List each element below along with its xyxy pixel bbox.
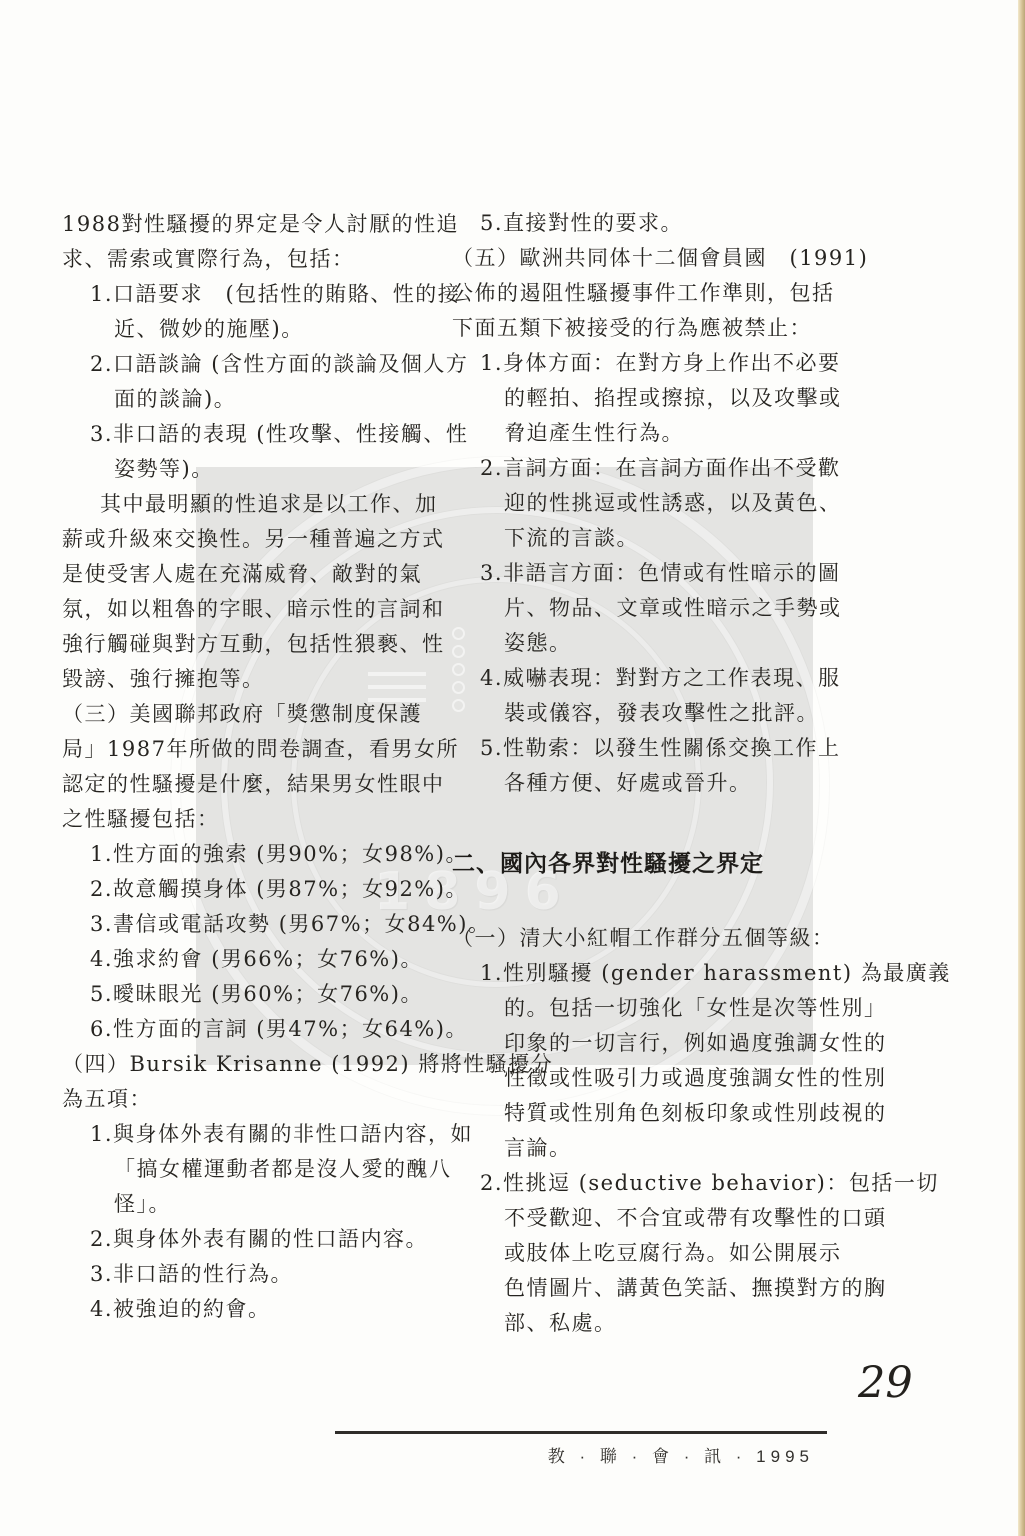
scanned-document-page: 1896 1988對性騷擾的界定是令人討厭的性追求、需索或實際行為，包括：1.口… (0, 0, 1025, 1536)
text-line: 近、微妙的施壓)。 (62, 312, 454, 347)
text-line: 脅迫產生性行為。 (452, 416, 852, 451)
text-line: 2.故意觸摸身体 (男87%；女92%)。 (62, 872, 454, 907)
text-line: 2.口語談論 (含性方面的談論及個人方 (62, 347, 454, 382)
text-line: 1.與身体外表有關的非性口語内容，如 (62, 1117, 454, 1152)
text-line: 薪或升級來交換性。另一種普遍之方式 (62, 522, 454, 557)
text-line: 認定的性騷擾是什麼，結果男女性眼中 (62, 767, 454, 802)
text-line: 2.與身体外表有關的性口語内容。 (62, 1222, 454, 1257)
text-line: 下流的言談。 (452, 521, 852, 556)
text-line: 1.身体方面：在對方身上作出不必要 (452, 346, 852, 381)
text-line: 怪」。 (62, 1187, 454, 1222)
text-line: 印象的一切言行，例如過度強調女性的 (452, 1026, 852, 1061)
text-line: （四）Bursik Krisanne (1992) 將將性騷擾分 (62, 1047, 454, 1082)
text-line: 下面五類下被接受的行為應被禁止： (452, 311, 852, 346)
text-line: 4.威嚇表現：對對方之工作表現、服 (452, 661, 852, 696)
text-line: 3.非口語的性行為。 (62, 1257, 454, 1292)
text-line: 3.非語言方面：色情或有性暗示的圖 (452, 556, 852, 591)
text-line: 2.性挑逗 (seductive behavior)：包括一切 (452, 1166, 852, 1201)
text-line: 4.強求約會 (男66%；女76%)。 (62, 942, 454, 977)
text-line: 各種方便、好處或晉升。 (452, 766, 852, 801)
text-line: 之性騷擾包括： (62, 802, 454, 837)
text-line: 毀謗、強行擁抱等。 (62, 662, 454, 697)
left-text-column: 1988對性騷擾的界定是令人討厭的性追求、需索或實際行為，包括：1.口語要求 (… (62, 207, 454, 1327)
page-number: 29 (858, 1358, 918, 1408)
text-line: 不受歡迎、不合宜或帶有攻擊性的口頭 (452, 1201, 852, 1236)
text-line: 的。包括一切強化「女性是次等性別」 (452, 991, 852, 1026)
text-line: 面的談論)。 (62, 382, 454, 417)
text-line: 求、需索或實際行為，包括： (62, 242, 454, 277)
text-line: 4.被強迫的約會。 (62, 1292, 454, 1327)
text-line: 5.曖昧眼光 (男60%；女76%)。 (62, 977, 454, 1012)
text-line: 特質或性別角色刻板印象或性別歧視的 (452, 1096, 852, 1131)
text-line: 強行觸碰與對方互動，包括性猥褻、性 (62, 627, 454, 662)
text-line: 氛，如以粗魯的字眼、暗示性的言詞和 (62, 592, 454, 627)
footer-journal-title: 教 · 聯 · 會 · 訊 · 1995 (452, 1442, 814, 1467)
scanned-page-edge (1018, 0, 1025, 1536)
text-line: 公佈的遏阻性騷擾事件工作準則，包括 (452, 276, 852, 311)
right-text-column: 5.直接對性的要求。（五）歐洲共同体十二個會員國 (1991)公佈的遏阻性騷擾事… (452, 206, 852, 1341)
section-heading: 二、國內各界對性騷擾之界定 (452, 846, 852, 881)
text-line: 迎的性挑逗或性誘惑，以及黃色、 (452, 486, 852, 521)
footer-rule (335, 1431, 827, 1434)
text-line: 1.口語要求 (包括性的賄賂、性的接 (62, 277, 454, 312)
text-line: 局」1987年所做的問卷調查，看男女所 (62, 732, 454, 767)
text-line: 片、物品、文章或性暗示之手勢或 (452, 591, 852, 626)
text-line: 或肢体上吃豆腐行為。如公開展示 (452, 1236, 852, 1271)
text-line: 3.書信或電話攻勢 (男67%；女84%)。 (62, 907, 454, 942)
text-line: 姿態。 (452, 626, 852, 661)
text-line: 1988對性騷擾的界定是令人討厭的性追 (62, 207, 454, 242)
text-line: （三）美國聯邦政府「獎懲制度保護 (62, 697, 454, 732)
text-line: 色情圖片、講黃色笑話、撫摸對方的胸 (452, 1271, 852, 1306)
text-line: 性徵或性吸引力或過度強調女性的性別 (452, 1061, 852, 1096)
text-line: 5.直接對性的要求。 (452, 206, 852, 241)
text-line: 裝或儀容，發表攻擊性之批評。 (452, 696, 852, 731)
text-line: 1.性方面的強索 (男90%；女98%)。 (62, 837, 454, 872)
text-line: 3.非口語的表現 (性攻擊、性接觸、性 (62, 417, 454, 452)
text-line: 是使受害人處在充滿威脅、敵對的氣 (62, 557, 454, 592)
text-line: 的輕拍、掐捏或擦掠，以及攻擊或 (452, 381, 852, 416)
text-line: 其中最明顯的性追求是以工作、加 (62, 487, 454, 522)
text-line: 6.性方面的言詞 (男47%；女64%)。 (62, 1012, 454, 1047)
text-line: 1.性別騷擾 (gender harassment) 為最廣義 (452, 956, 852, 991)
text-line: （五）歐洲共同体十二個會員國 (1991) (452, 241, 852, 276)
text-line: 言論。 (452, 1131, 852, 1166)
text-line: 為五項： (62, 1082, 454, 1117)
text-line: 2.言詞方面：在言詞方面作出不受歡 (452, 451, 852, 486)
text-line: 姿勢等)。 (62, 452, 454, 487)
text-line: 5.性勒索：以發生性關係交換工作上 (452, 731, 852, 766)
text-line: 「搞女權運動者都是沒人愛的醜八 (62, 1152, 454, 1187)
text-line: 部、私處。 (452, 1306, 852, 1341)
text-line: （一）清大小紅帽工作群分五個等級： (452, 921, 852, 956)
